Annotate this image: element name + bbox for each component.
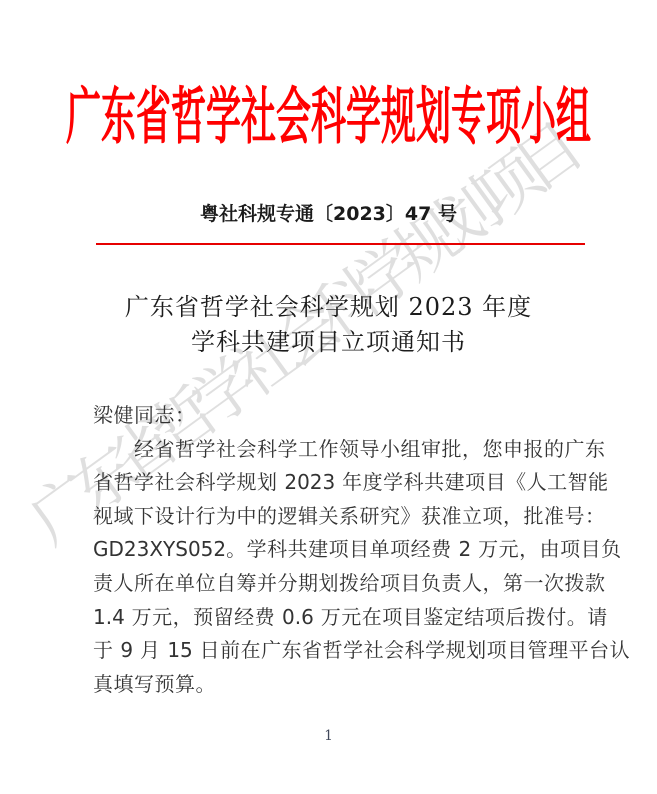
notice-title-line1: 广东省哲学社会科学规划 2023 年度 — [0, 290, 657, 325]
body-line: 梁健同志： — [93, 399, 575, 433]
body-paragraph: 梁健同志： 经省哲学社会科学工作领导小组审批，您申报的广东省哲学社会科学规划 2… — [93, 399, 575, 701]
doc-number: 粤社科规专通〔2023〕47 号 — [0, 200, 657, 228]
letterhead-title: 广东省哲学社会科学规划专项小组 — [0, 78, 657, 157]
body-line: 真填写预算。 — [93, 668, 575, 702]
body-line: 责人所在单位自筹并分期划拨给项目负责人，第一次拨款 — [93, 567, 575, 601]
notice-title-line2: 学科共建项目立项通知书 — [0, 325, 657, 360]
notice-title: 广东省哲学社会科学规划 2023 年度 学科共建项目立项通知书 — [0, 290, 657, 360]
body-line: 1.4 万元，预留经费 0.6 万元在项目鉴定结项后拨付。请 — [93, 601, 575, 635]
red-divider-line — [96, 243, 585, 245]
body-line: 于 9 月 15 日前在广东省哲学社会科学规划项目管理平台认 — [93, 634, 575, 668]
body-line: 省哲学社会科学规划 2023 年度学科共建项目《人工智能 — [93, 466, 575, 500]
body-line: 视域下设计行为中的逻辑关系研究》获准立项，批准号： — [93, 500, 575, 534]
page-number: 1 — [0, 728, 657, 744]
body-line: 经省哲学社会科学工作领导小组审批，您申报的广东 — [93, 433, 575, 467]
body-line: GD23XYS052。学科共建项目单项经费 2 万元，由项目负 — [93, 533, 575, 567]
document-page: 广东省哲学社会科学规划项目 广东省哲学社会科学规划专项小组 粤社科规专通〔202… — [0, 0, 657, 794]
